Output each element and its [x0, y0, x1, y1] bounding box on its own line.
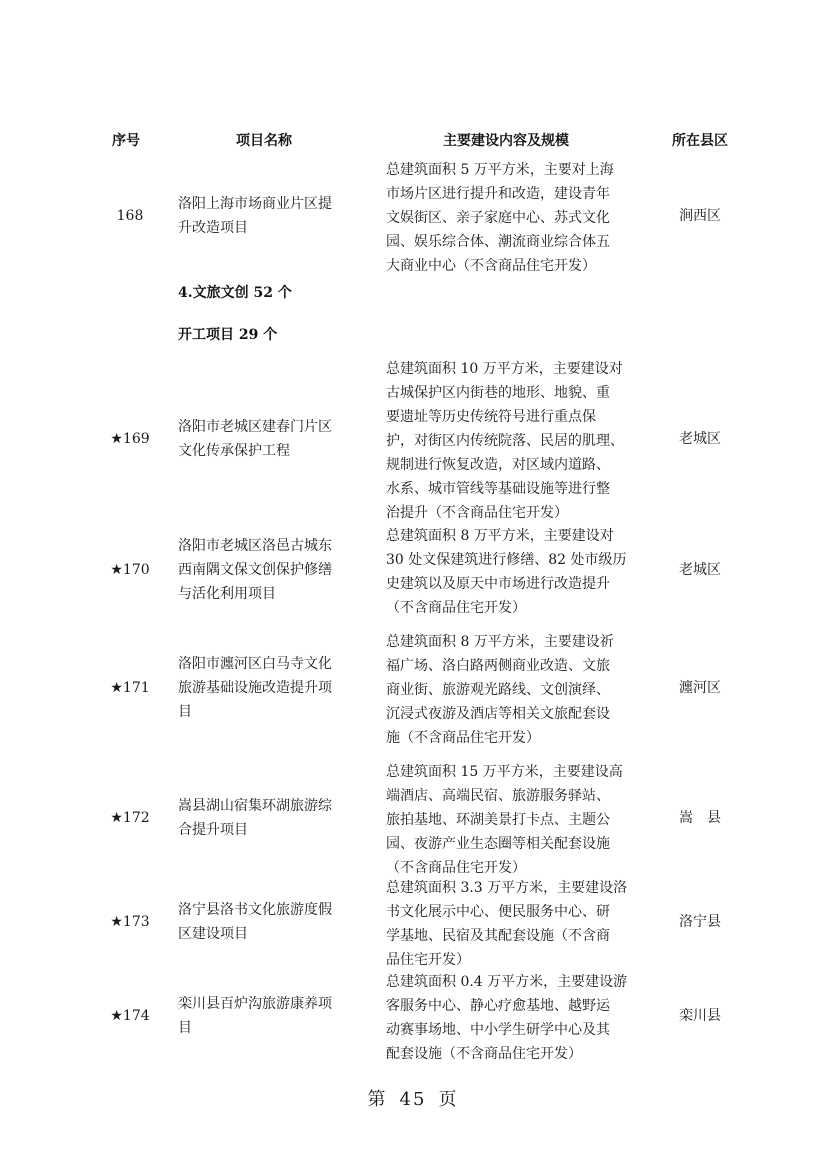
row-description: 总建筑面积 8 万平方米，主要建设祈 福广场、洛白路两侧商业改造、文旅 商业街、… — [386, 630, 636, 750]
page-prefix: 第 — [368, 1089, 388, 1110]
row-description: 总建筑面积 5 万平方米，主要对上海 市场片区进行提升和改造，建设青年 文娱街区… — [386, 158, 636, 278]
row-county: 栾川县 — [660, 1004, 740, 1028]
row-description: 总建筑面积 0.4 万平方米，主要建设游 客服务中心、静心疗愈基地、越野运 动赛… — [386, 970, 636, 1066]
page-suffix: 页 — [438, 1089, 458, 1110]
header-county: 所在县区 — [672, 130, 728, 150]
row-project-name: 洛阳市老城区建春门片区 文化传承保护工程 — [178, 415, 368, 463]
row-seq: 168 — [102, 204, 158, 228]
row-county: 嵩 县 — [660, 806, 740, 830]
row-project-name: 嵩县湖山宿集环湖旅游综 合提升项目 — [178, 794, 368, 842]
header-seq: 序号 — [112, 130, 140, 150]
section-title: 4.文旅文创 52 个 — [178, 282, 292, 302]
row-seq: ★174 — [102, 1004, 158, 1028]
row-county: 老城区 — [660, 558, 740, 582]
row-seq: ★171 — [102, 676, 158, 700]
header-project-name: 项目名称 — [236, 130, 292, 150]
row-seq: ★169 — [102, 427, 158, 451]
row-description: 总建筑面积 15 万平方米，主要建设高 端酒店、高端民宿、旅游服务驿站、 旅拍基… — [386, 760, 636, 880]
row-description: 总建筑面积 10 万平方米，主要建设对 古城保护区内街巷的地形、地貌、重 要遗址… — [386, 357, 636, 525]
page-number-footer: 第45页 — [0, 1085, 826, 1111]
row-description: 总建筑面积 3.3 万平方米，主要建设洛 书文化展示中心、便民服务中心、研 学基… — [386, 876, 636, 972]
document-page: 序号 项目名称 主要建设内容及规模 所在县区 168 洛阳上海市场商业片区提 升… — [0, 0, 826, 1169]
row-project-name: 栾川县百炉沟旅游康养项 目 — [178, 992, 368, 1040]
row-county: 洛宁县 — [660, 910, 740, 934]
row-project-name: 洛阳上海市场商业片区提 升改造项目 — [178, 192, 368, 240]
page-number: 45 — [400, 1089, 427, 1110]
row-seq: ★173 — [102, 910, 158, 934]
row-seq: ★172 — [102, 806, 158, 830]
header-construction-content: 主要建设内容及规模 — [443, 130, 569, 150]
row-description: 总建筑面积 8 万平方米，主要建设对 30 处文保建筑进行修缮、82 处市级历 … — [386, 524, 636, 620]
row-county: 老城区 — [660, 427, 740, 451]
row-county: 瀍河区 — [660, 676, 740, 700]
row-project-name: 洛阳市瀍河区白马寺文化 旅游基础设施改造提升项 目 — [178, 652, 368, 724]
row-project-name: 洛宁县洛书文化旅游度假 区建设项目 — [178, 898, 368, 946]
section-subtitle: 开工项目 29 个 — [178, 324, 277, 344]
row-county: 涧西区 — [660, 204, 740, 228]
row-project-name: 洛阳市老城区洛邑古城东 西南隅文保文创保护修缮 与活化利用项目 — [178, 534, 368, 606]
row-seq: ★170 — [102, 558, 158, 582]
